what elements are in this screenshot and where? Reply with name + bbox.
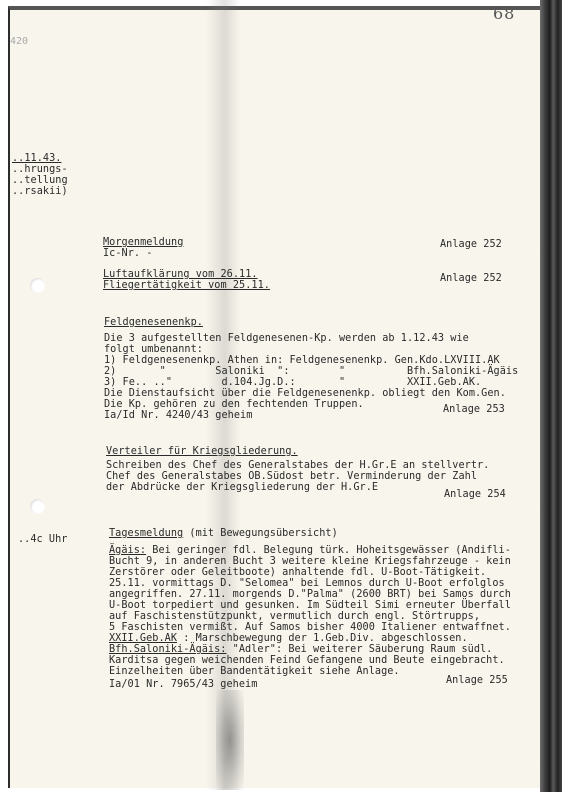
body-line: XXII.Geb.AK : Marschbewegung der 1.Geb.D… bbox=[109, 633, 468, 644]
margin-time-note: ..4c Uhr bbox=[18, 534, 67, 545]
margin-note-line: ..tellung bbox=[12, 175, 68, 186]
section-title-verteiler: Verteiler für Kriegsgliederung. bbox=[106, 446, 298, 457]
margin-note-line: ..hrungs- bbox=[12, 164, 68, 175]
region-label: Ägäis: bbox=[109, 545, 146, 556]
section-title-morgenmeldung: Morgenmeldung bbox=[103, 237, 183, 248]
body-line: Die Dienstaufsicht über die Feldgenesene… bbox=[104, 388, 506, 399]
body-text: Bei geringer fdl. Belegung türk. Hoheits… bbox=[146, 545, 511, 556]
section-title-feldgenesenen: Feldgenesenenkp. bbox=[104, 317, 203, 328]
body-line: Bucht 9, in anderen Bucht 3 weitere klei… bbox=[109, 556, 511, 567]
body-line: Zerstörer oder Geleitboote) anhaltende f… bbox=[109, 567, 486, 578]
annex-252-a: Anlage 252 bbox=[440, 239, 502, 250]
body-text: : Marschbewegung der 1.Geb.Div. abgeschl… bbox=[177, 633, 468, 644]
body-line: Einzelheiten über Bandentätigkeit siehe … bbox=[109, 666, 400, 677]
annex-252-b: Anlage 252 bbox=[440, 273, 502, 284]
air-recon-line: Luftaufklärung vom 26.11. bbox=[103, 269, 258, 280]
body-line: U-Boot torpediert und gesunken. Im Südte… bbox=[109, 600, 511, 611]
page-fold-shadow-bottom bbox=[216, 690, 244, 790]
annex-253: Anlage 253 bbox=[443, 404, 505, 415]
body-text: "Adler": Bei weiterer Säuberung Raum süd… bbox=[226, 644, 492, 655]
section-title-tagesmeldung: Tagesmeldung (mit Bewegungsübersicht) bbox=[109, 528, 338, 539]
body-line: Karditsa gegen weichenden Feind Gefangen… bbox=[109, 655, 505, 666]
body-line: Schreiben des Chef des Generalstabes der… bbox=[106, 460, 489, 471]
body-line: 2) " Saloniki ": " Bfh.Saloniki-Ägäis bbox=[104, 366, 518, 377]
reference-number: Ia/Id Nr. 4240/43 geheim bbox=[104, 410, 252, 421]
body-line: Die Kp. gehören zu den fechtenden Truppe… bbox=[104, 399, 364, 410]
body-line: 3) Fe.. .." d.104.Jg.D.: " XXII.Geb.AK. bbox=[104, 377, 481, 388]
body-line: Chef des Generalstabes OB.Südost betr. V… bbox=[106, 471, 477, 482]
body-line: auf Faschistenstützpunkt, vermutlich dur… bbox=[109, 611, 480, 622]
punch-hole-top bbox=[30, 278, 45, 293]
body-line: 1) Feldgenesenenkp. Athen in: Feldgenese… bbox=[104, 355, 500, 366]
margin-date: ..11.43. bbox=[12, 153, 61, 164]
punch-hole-bottom bbox=[30, 499, 45, 514]
reference-number: Ia/01 Nr. 7965/43 geheim bbox=[109, 679, 257, 690]
ic-number: Ic-Nr. - bbox=[103, 248, 152, 259]
body-line: Bfh.Saloniki-Ägäis: "Adler": Bei weitere… bbox=[109, 644, 492, 655]
body-line: Ägäis: Bei geringer fdl. Belegung türk. … bbox=[109, 545, 511, 556]
tagesmeldung-title: Tagesmeldung bbox=[109, 528, 183, 539]
flight-activity-line: Fliegertätigkeit vom 25.11. bbox=[103, 280, 270, 291]
page-number: 68 bbox=[493, 4, 515, 23]
tagesmeldung-subtitle: (mit Bewegungsübersicht) bbox=[183, 528, 338, 539]
binder-spine bbox=[540, 0, 562, 792]
body-line: 5 Faschisten vermißt. Auf Samos bisher 4… bbox=[109, 622, 511, 633]
region-label: Bfh.Saloniki-Ägäis: bbox=[109, 644, 226, 655]
body-line: folgt umbenannt: bbox=[104, 344, 203, 355]
annex-254: Anlage 254 bbox=[444, 489, 506, 500]
margin-stamp: 420 bbox=[10, 36, 28, 47]
annex-255: Anlage 255 bbox=[446, 675, 508, 686]
margin-note-line: ..rsakii) bbox=[12, 186, 68, 197]
body-line: Die 3 aufgestellten Feldgenesenen-Kp. we… bbox=[104, 333, 469, 344]
body-line: angegriffen. 27.11. morgends D."Palma" (… bbox=[109, 589, 511, 600]
body-line: 25.11. vormittags D. "Selomea" bei Lemno… bbox=[109, 578, 505, 589]
spine-edge bbox=[562, 0, 572, 800]
region-label: XXII.Geb.AK bbox=[109, 633, 177, 644]
body-line: der Abdrücke der Kriegsgliederung der H.… bbox=[106, 482, 378, 493]
